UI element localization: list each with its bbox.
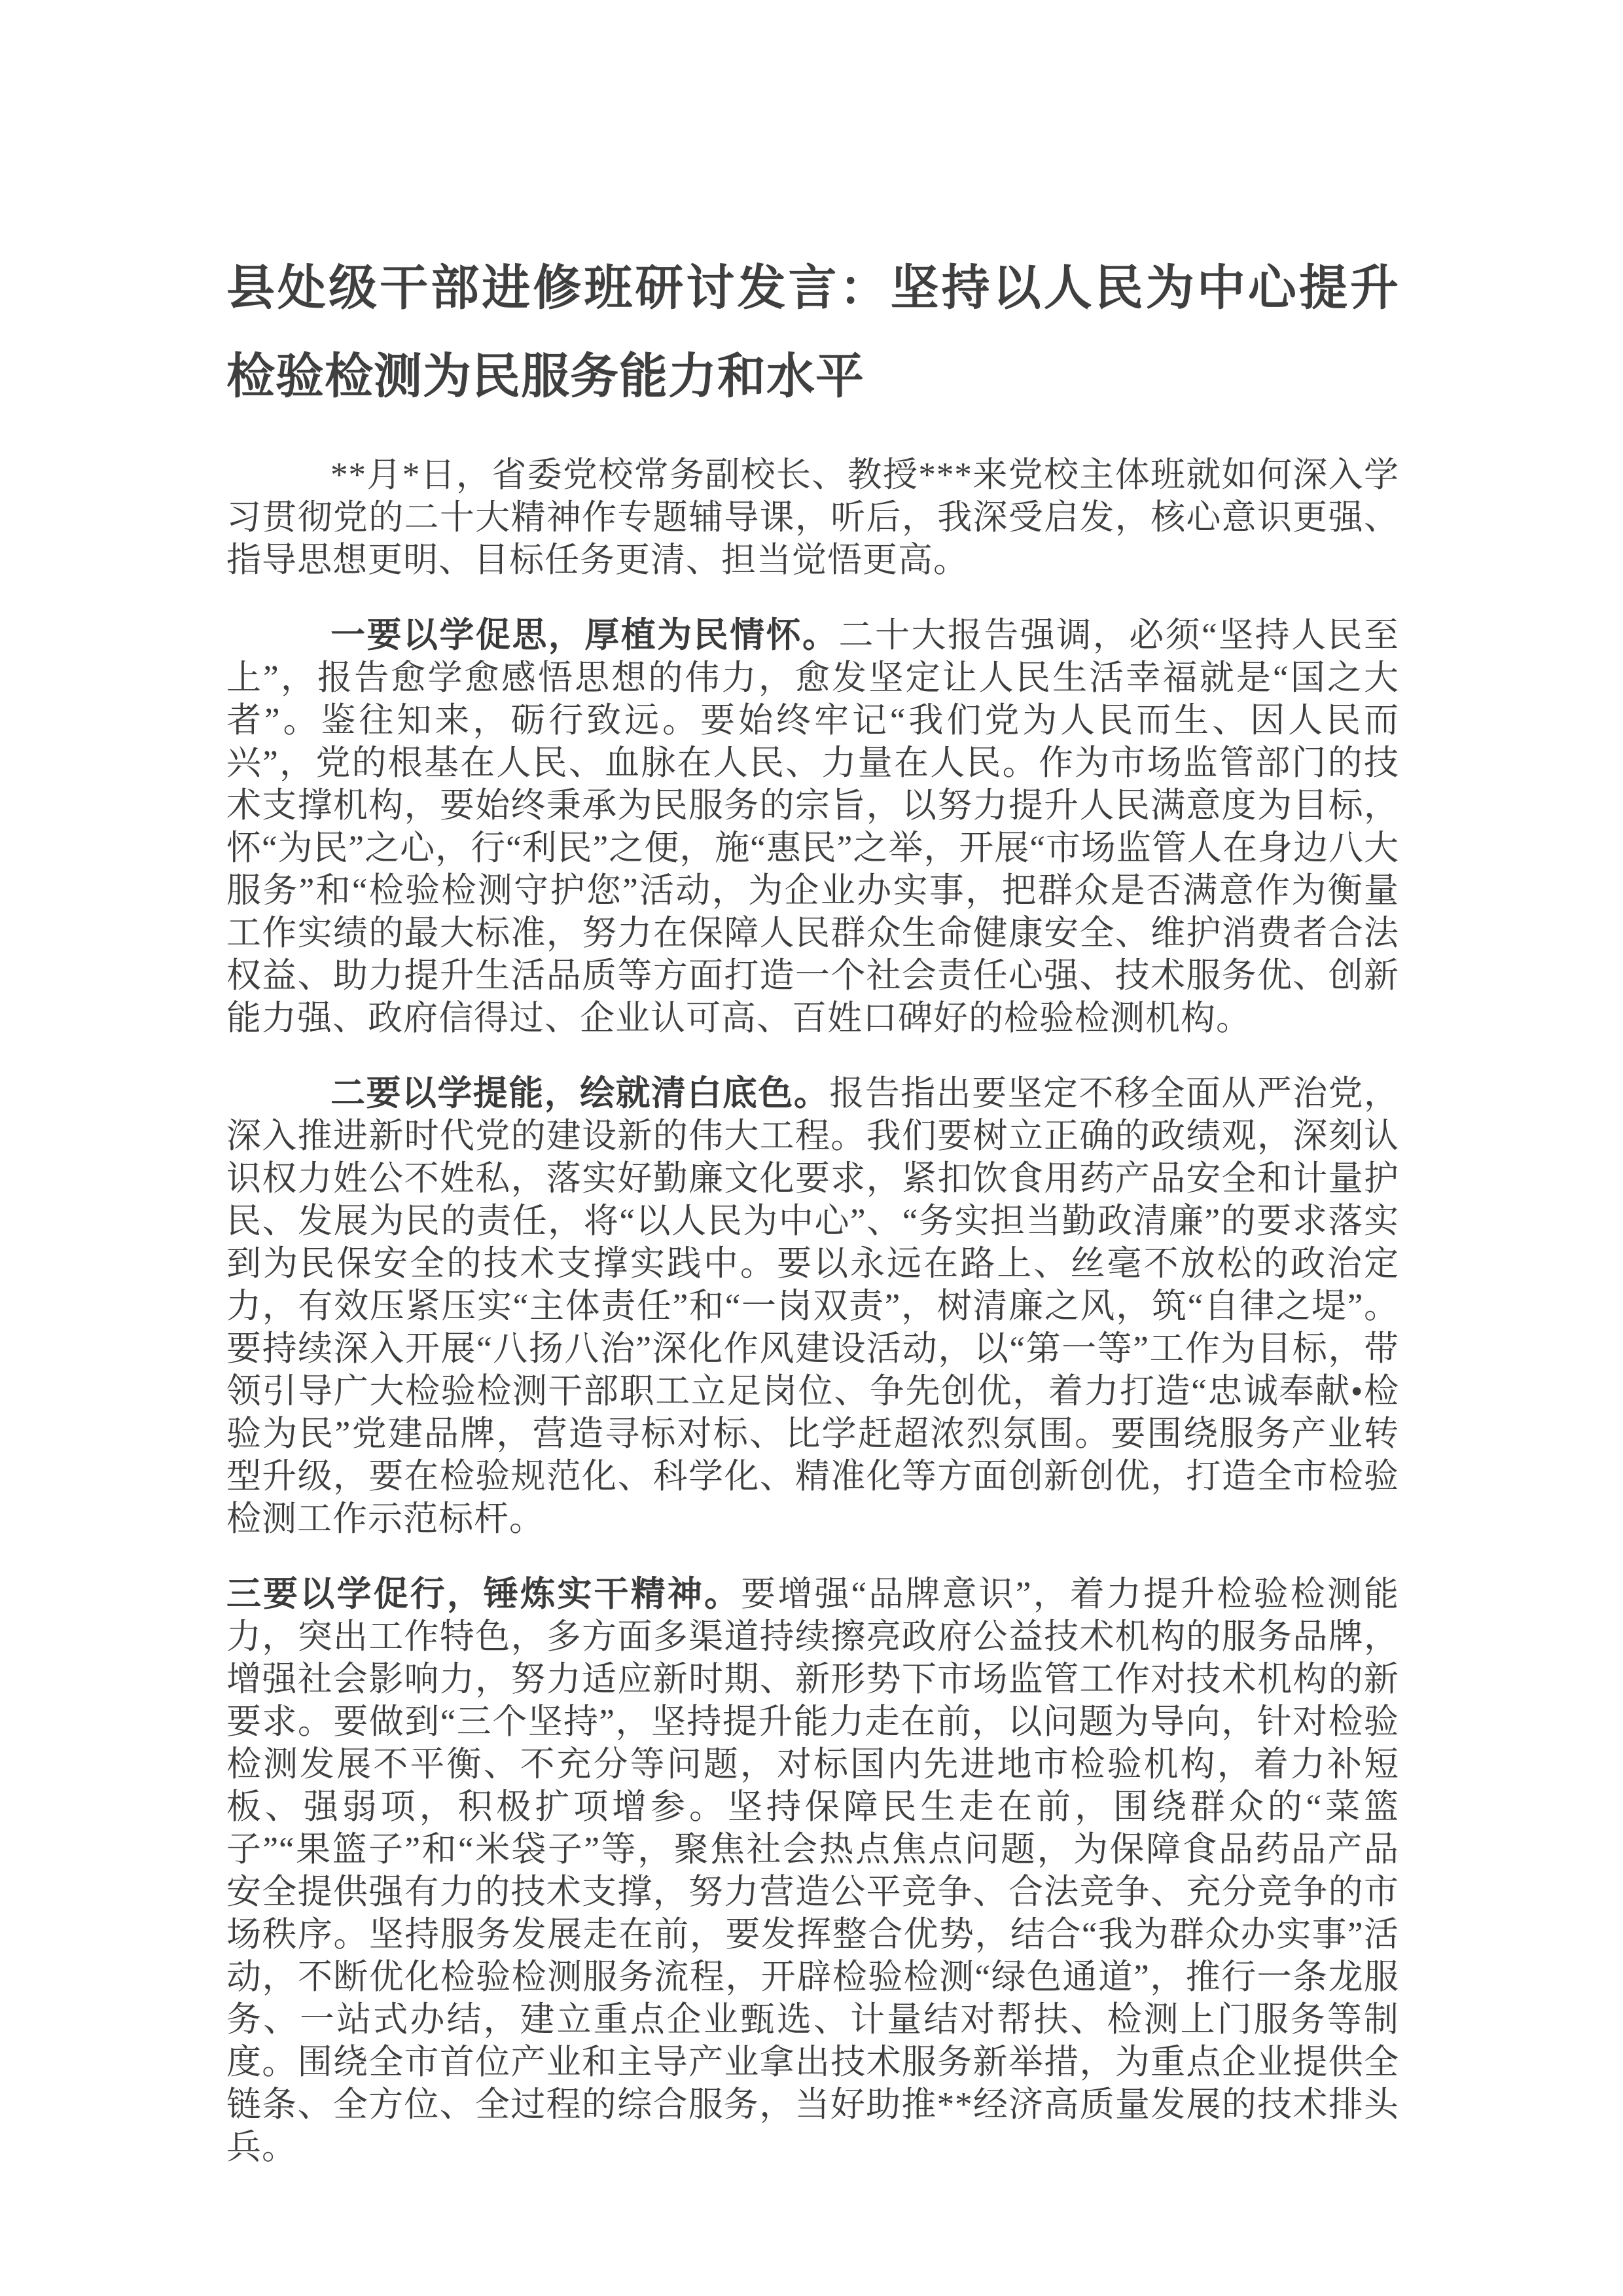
paragraph-lead: 一要以学促思，厚植为民情怀。 [330,617,839,655]
paragraph-body: 报告指出要坚定不移全面从严治党，深入推进新时代党的建设新的伟大工程。我们要树立正… [226,1075,1399,1538]
document-page: 县处级干部进修班研讨发言：坚持以人民为中心提升检验检测为民服务能力和水平 **月… [0,0,1623,2296]
document-title: 县处级干部进修班研讨发言：坚持以人民为中心提升检验检测为民服务能力和水平 [226,243,1399,420]
paragraph-body: 二十大报告强调，必须“坚持人民至上”，报告愈学愈感悟思想的伟力，愈发坚定让人民生… [226,617,1399,1037]
paragraph-body: 要增强“品牌意识”，着力提升检验检测能力，突出工作特色，多方面多渠道持续擦亮政府… [226,1575,1399,2166]
paragraph-point-one: 一要以学促思，厚植为民情怀。二十大报告强调，必须“坚持人民至上”，报告愈学愈感悟… [226,615,1399,1040]
paragraph-lead: 二要以学提能，绘就清白底色。 [330,1075,829,1113]
paragraph-point-three: 三要以学促行，锤炼实干精神。要增强“品牌意识”，着力提升检验检测能力，突出工作特… [226,1573,1399,2169]
paragraph-lead: 三要以学促行，锤炼实干精神。 [226,1575,741,1613]
paragraph-point-two: 二要以学提能，绘就清白底色。报告指出要坚定不移全面从严治党，深入推进新时代党的建… [226,1073,1399,1541]
paragraph-body: **月*日，省委党校常务副校长、教授***来党校主体班就如何深入学习贯彻党的二十… [226,456,1399,579]
paragraph-intro: **月*日，省委党校常务副校长、教授***来党校主体班就如何深入学习贯彻党的二十… [226,454,1399,582]
